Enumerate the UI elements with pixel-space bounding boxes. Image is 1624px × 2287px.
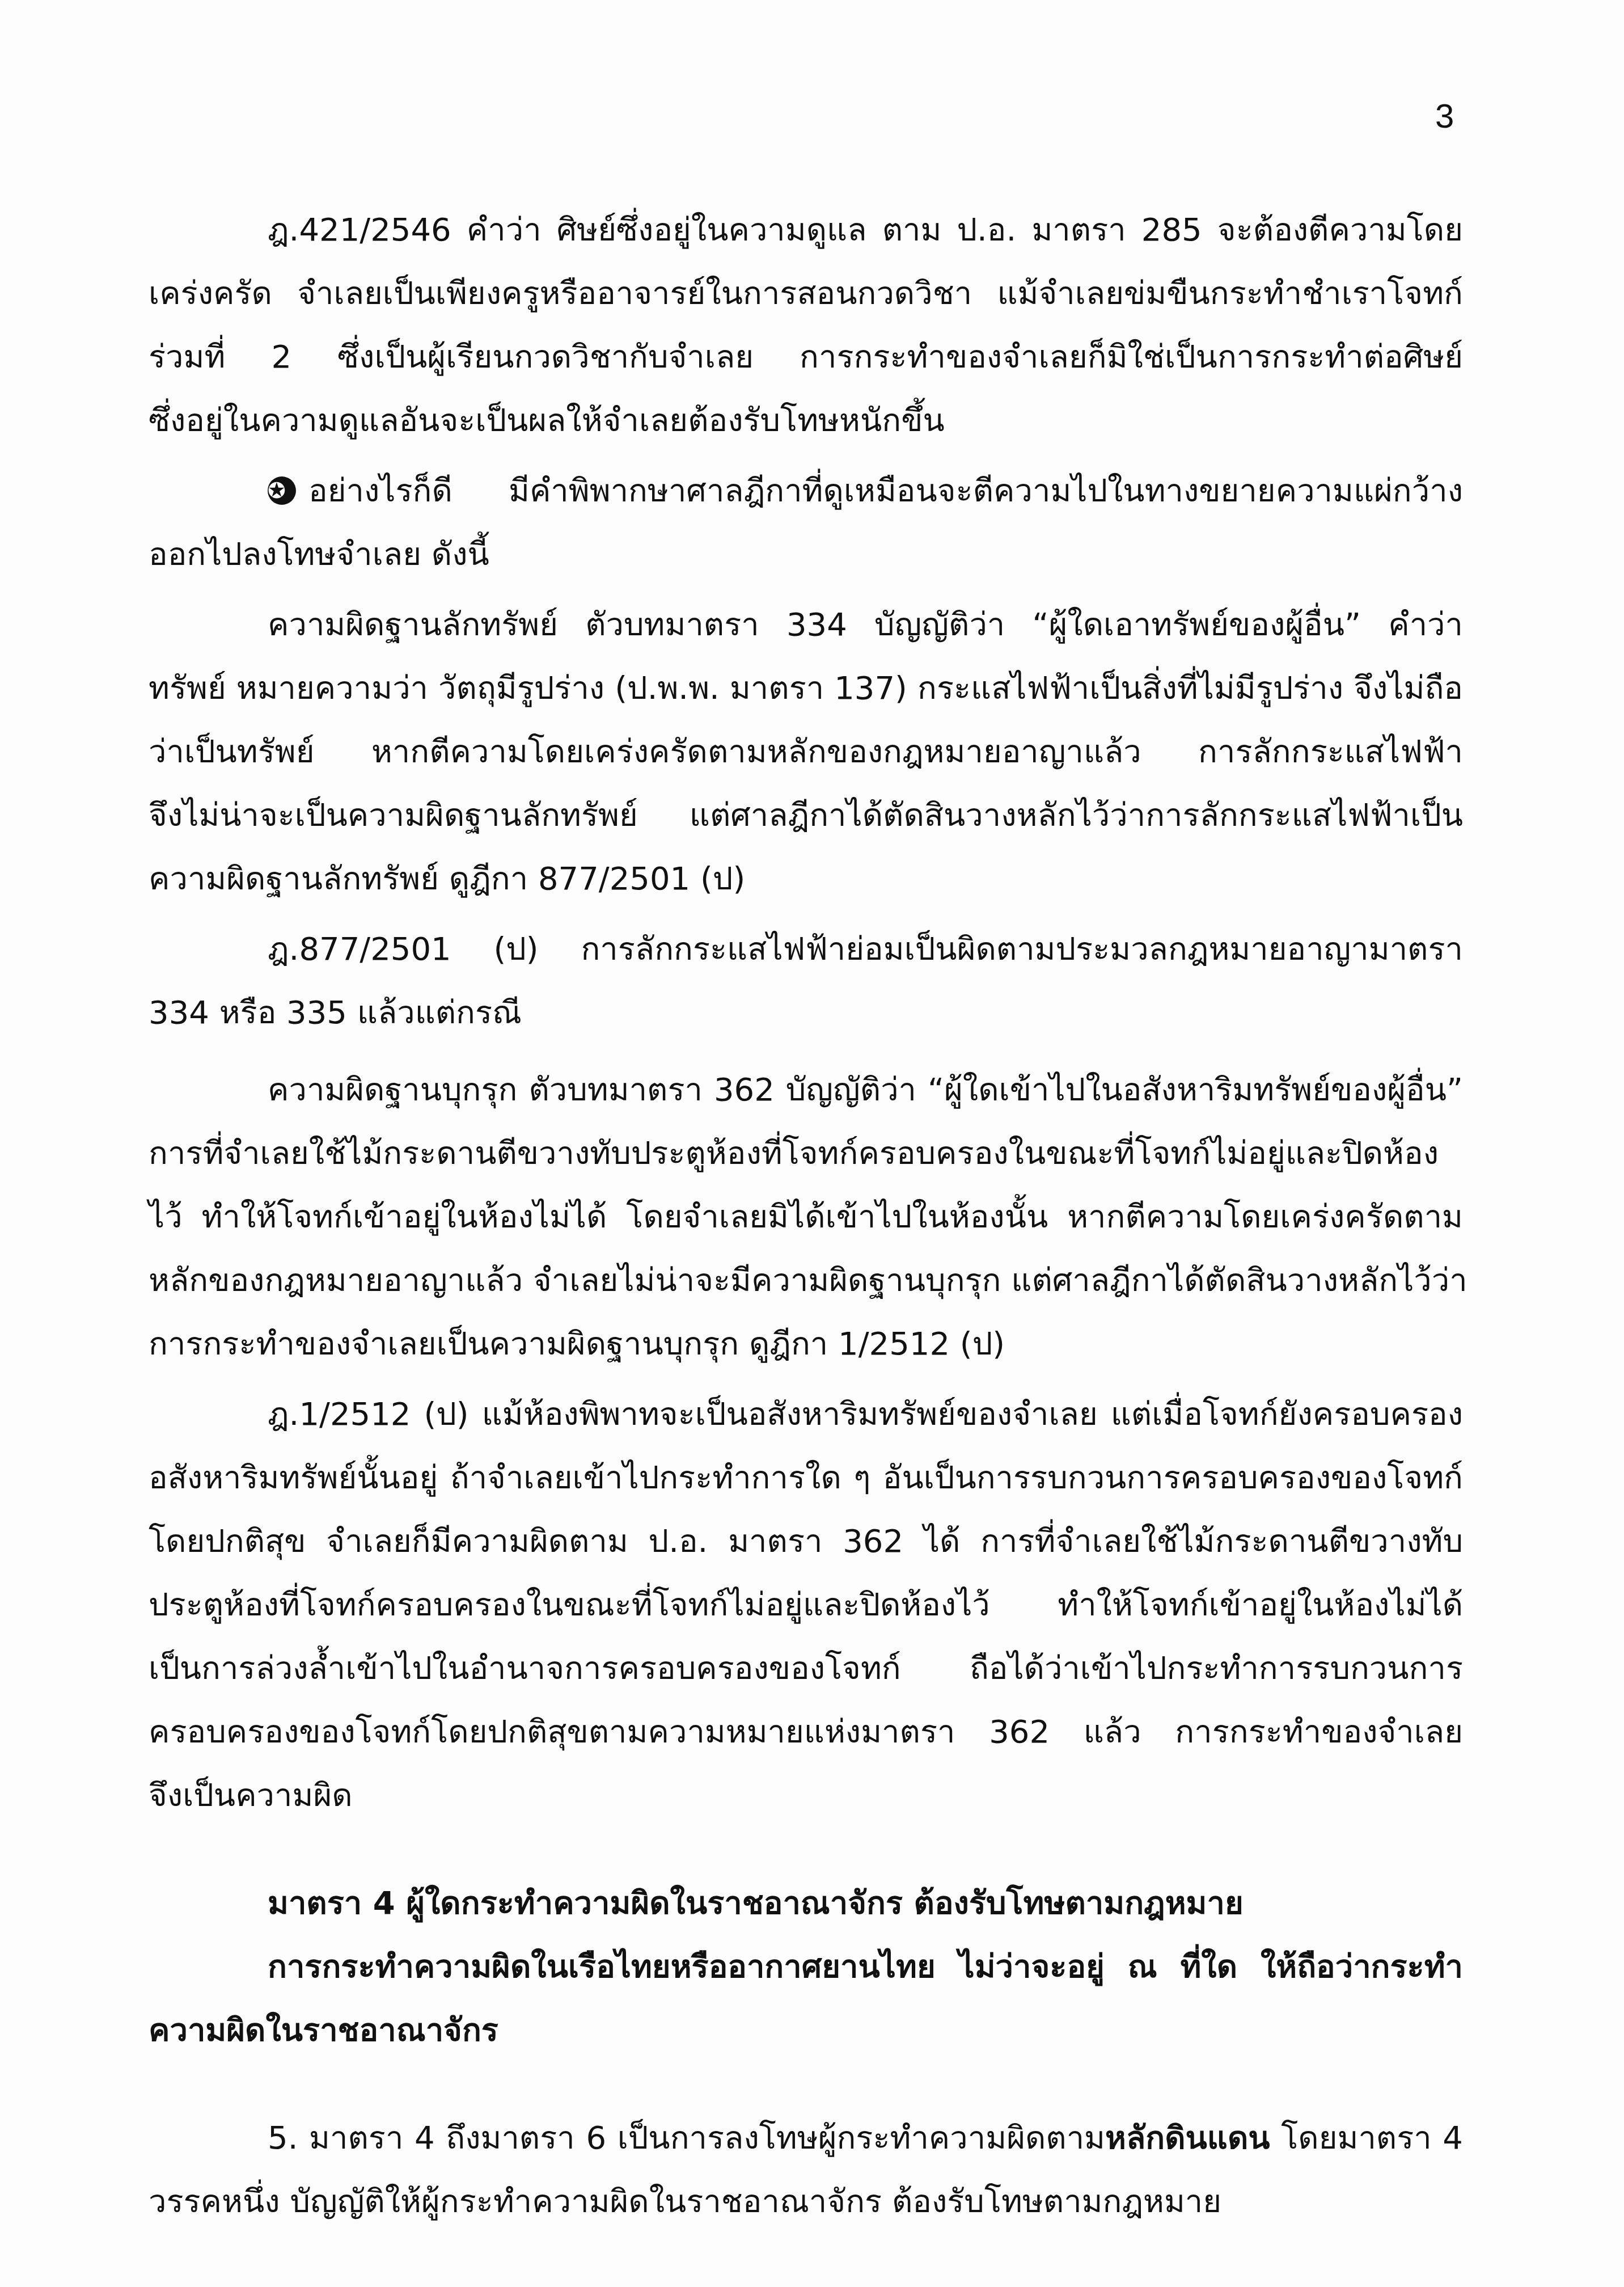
text-segment: โดยมาตรา 4 — [1270, 2120, 1463, 2157]
text-line-content: อย่างไรก็ดี มีคำพิพากษาศาลฎีกาที่ดูเหมือ… — [308, 472, 1463, 509]
star-bullet-icon: ✪ — [268, 476, 296, 505]
text-line: ฎ.877/2501 (ป) การลักกระแสไฟฟ้าย่อมเป็นผ… — [268, 918, 1463, 981]
text-line: ซึ่งอยู่ในความดูแลอันจะเป็นผลให้จำเลยต้อ… — [149, 389, 945, 453]
text-line: ร่วมที่ 2 ซึ่งเป็นผู้เรียนกวดวิชากับจำเล… — [149, 326, 1463, 389]
text-line: ความผิดฐานลักทรัพย์ ดูฎีกา 877/2501 (ป) — [149, 847, 745, 911]
statute-line: มาตรา 4 ผู้ใดกระทำความผิดในราชอาณาจักร ต… — [268, 1872, 1244, 1935]
text-line: ความผิดฐานลักทรัพย์ ตัวบทมาตรา 334 บัญญั… — [268, 593, 1463, 657]
text-line: ประตูห้องที่โจทก์ครอบครองในขณะที่โจทก์ไม… — [149, 1573, 1463, 1637]
text-line: ฎ.1/2512 (ป) แม้ห้องพิพาทจะเป็นอสังหาริม… — [268, 1383, 1463, 1446]
statute-line: ความผิดในราชอาณาจักร — [149, 1999, 498, 2062]
text-line: ครอบครองของโจทก์โดยปกติสุขตามความหมายแห่… — [149, 1701, 1463, 1764]
text-line: เป็นการล่วงล้ำเข้าไปในอำนาจการครอบครองขอ… — [149, 1637, 1463, 1701]
text-line: โดยปกติสุข จำเลยก็มีความผิดตาม ป.อ. มาตร… — [149, 1510, 1463, 1573]
text-line: หลักของกฎหมายอาญาแล้ว จำเลยไม่น่าจะมีควา… — [149, 1249, 1463, 1313]
text-line: ฎ.421/2546 คำว่า ศิษย์ซึ่งอยู่ในความดูแล… — [268, 199, 1463, 262]
text-line: 5. มาตรา 4 ถึงมาตรา 6 เป็นการลงโทษผู้กระ… — [268, 2107, 1463, 2170]
page-number: 3 — [1435, 96, 1454, 136]
text-line: เคร่งครัด จำเลยเป็นเพียงครูหรืออาจารย์ใน… — [149, 262, 1463, 326]
statute-line: การกระทำความผิดในเรือไทยหรืออากาศยานไทย … — [268, 1935, 1463, 1999]
text-line: ไว้ ทำให้โจทก์เข้าอยู่ในห้องไม่ได้ โดยจำ… — [149, 1185, 1463, 1249]
text-line: จึงเป็นความผิด — [149, 1764, 353, 1828]
territorial-principle-term: หลักดินแดน — [1105, 2120, 1270, 2157]
text-line: 334 หรือ 335 แล้วแต่กรณี — [149, 981, 522, 1045]
text-line: ✪อย่างไรก็ดี มีคำพิพากษาศาลฎีกาที่ดูเหมื… — [268, 459, 1463, 523]
text-line: ทรัพย์ หมายความว่า วัตถุมีรูปร่าง (ป.พ.พ… — [149, 657, 1463, 720]
text-line: วรรคหนึ่ง บัญญัติให้ผู้กระทำความผิดในราช… — [149, 2170, 1221, 2234]
text-line: การกระทำของจำเลยเป็นความผิดฐานบุกรุก ดูฎ… — [149, 1313, 1005, 1376]
document-page: 3 ฎ.421/2546 คำว่า ศิษย์ซึ่งอยู่ในความดู… — [0, 0, 1624, 2287]
text-line: จึงไม่น่าจะเป็นความผิดฐานลักทรัพย์ แต่ศา… — [149, 784, 1463, 847]
text-line: ออกไปลงโทษจำเลย ดังนี้ — [149, 523, 489, 586]
text-line: ความผิดฐานบุกรุก ตัวบทมาตรา 362 บัญญัติว… — [268, 1058, 1463, 1122]
text-line: การที่จำเลยใช้ไม้กระดานตีขวางทับประตูห้อ… — [149, 1122, 1463, 1185]
text-segment: 5. มาตรา 4 ถึงมาตรา 6 เป็นการลงโทษผู้กระ… — [268, 2120, 1105, 2157]
text-line: อสังหาริมทรัพย์นั้นอยู่ ถ้าจำเลยเข้าไปกร… — [149, 1446, 1463, 1510]
text-line: ว่าเป็นทรัพย์ หากตีความโดยเคร่งครัดตามหล… — [149, 720, 1463, 784]
